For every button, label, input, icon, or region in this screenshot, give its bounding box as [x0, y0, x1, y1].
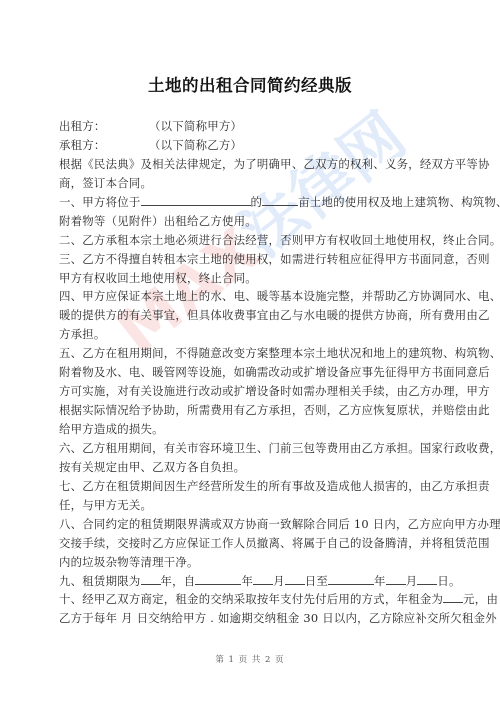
paragraph-line: 三、乙方不得擅自转租本宗土地的使用权，如需进行转租应征得甲方书面同意，否则 — [59, 250, 447, 269]
clause-text: 九、租赁期限为 — [59, 574, 141, 588]
clause-text: 年，自 — [161, 574, 196, 588]
paragraph-line: 五、乙方在租用期间，不得随意改变方案整理本宗土地状况和地上的建筑物、构筑物、 — [59, 344, 447, 363]
paragraph-line: 甲方有权收回土地使用权，终止合同。 — [59, 269, 447, 288]
party-label: 出租方： — [59, 117, 149, 136]
clause-10-line: 十、经甲乙双方商定，租金的交纳采取按年支付先付后用的方式，年租金为元，由 — [59, 590, 447, 609]
document-title: 土地的出租合同简约经典版 — [0, 72, 500, 96]
clause-text: 日。 — [437, 574, 460, 588]
party-lessee: 承租方： （以下简称乙方） — [59, 136, 447, 155]
paragraph-line: 任，与甲方无关。 — [59, 496, 447, 515]
start-month-blank — [253, 572, 273, 585]
area-blank — [262, 193, 298, 206]
paragraph-line: 给甲方造成的损失。 — [59, 420, 447, 439]
paragraph-line: 二、乙方承租本宗土地必须进行合法经营，否则甲方有权收回土地使用权，终止合同。 — [59, 231, 447, 250]
clause-1-line: 一、甲方将位于的亩土地的使用权及地上建筑物、构筑物、 — [59, 193, 447, 212]
paragraph-line: 交接手续，交接时乙方应保证工作人员撤离、将属于自己的设备腾清，并将租赁范围 — [59, 534, 447, 553]
paragraph-line: 四、甲方应保证本宗土地上的水、电、暖等基本设施完整，并帮助乙方协调同水、电、 — [59, 287, 447, 306]
years-blank — [141, 572, 161, 585]
start-year-blank — [195, 572, 241, 585]
paragraph-line: 六、乙方租用期间，有关市容环境卫生、门前三包等费用由乙方承担。国家行政收费， — [59, 439, 447, 458]
clause-text: 元，由 — [463, 592, 498, 606]
end-year-blank — [328, 572, 374, 585]
clause-text: 十、经甲乙双方商定，租金的交纳采取按年支付先付后用的方式，年租金为 — [59, 592, 443, 606]
clause-text: 亩土地的使用权及地上建筑物、构筑物、 — [298, 195, 500, 209]
clause-text: 日至 — [305, 574, 328, 588]
paragraph-line: 附着物等（见附件）出租给乙方使用。 — [59, 212, 447, 231]
party-label: 承租方： — [59, 136, 149, 155]
clause-text: 的 — [251, 195, 263, 209]
clause-text: 月 — [273, 574, 285, 588]
paragraph-line: 按有关规定由甲、乙双方各自负担。 — [59, 458, 447, 477]
document-body: 出租方： （以下简称甲方） 承租方： （以下简称乙方） 根据《民法典》及相关法律… — [59, 117, 447, 628]
paragraph-line: 七、乙方在租赁期间因生产经营所发生的所有事故及造成他人损害的，由乙方承担责 — [59, 477, 447, 496]
paragraph-line: 根据《民法典》及相关法律规定，为了明确甲、乙双方的权利、义务，经双方平等协 — [59, 155, 447, 174]
page-indicator: 第 1 页 共 2 页 — [0, 653, 500, 665]
party-note: （以下简称乙方） — [149, 136, 242, 155]
end-month-blank — [386, 572, 406, 585]
paragraph-line: 八、合同约定的租赁期限界满或双方协商一致解除合同后 10 日内，乙方应向甲方办理 — [59, 515, 447, 534]
paragraph-line: 方承担。 — [59, 325, 447, 344]
location-blank — [141, 193, 251, 206]
paragraph-line: 方可实施，对有关设施进行改动或扩增设备时如需办理相关手续，由乙方办理，甲方 — [59, 382, 447, 401]
clause-text: 年 — [374, 574, 386, 588]
clause-text: 年 — [241, 574, 253, 588]
paragraph-line: 乙方于每年 月 日交纳给甲方 . 如逾期交纳租金 30 日以内，乙方除应补交所欠… — [59, 609, 447, 628]
document-page: MAX法律网 土地的出租合同简约经典版 出租方： （以下简称甲方） 承租方： （… — [0, 0, 500, 706]
party-note: （以下简称甲方） — [149, 117, 242, 136]
paragraph-line: 商，签订本合同。 — [59, 174, 447, 193]
paragraph-line: 根据实际情况给予协助，所需费用有乙方承担，否则，乙方应恢复原状，并赔偿由此 — [59, 401, 447, 420]
clause-text: 一、甲方将位于 — [59, 195, 141, 209]
start-day-blank — [285, 572, 305, 585]
end-day-blank — [417, 572, 437, 585]
annual-rent-blank — [443, 590, 463, 603]
paragraph-line: 附着物及水、电、暖管网等设施，如确需改动或扩增设备应事先征得甲方书面同意后 — [59, 363, 447, 382]
paragraph-line: 暖的提供方的有关事宜，但具体收费事宜由乙与水电暖的提供方协商，所有费用由乙 — [59, 306, 447, 325]
party-lessor: 出租方： （以下简称甲方） — [59, 117, 447, 136]
clause-9-line: 九、租赁期限为年，自年月日至年月日。 — [59, 572, 447, 591]
clause-text: 月 — [406, 574, 418, 588]
paragraph-line: 内的垃圾杂物等清理干净。 — [59, 553, 447, 572]
